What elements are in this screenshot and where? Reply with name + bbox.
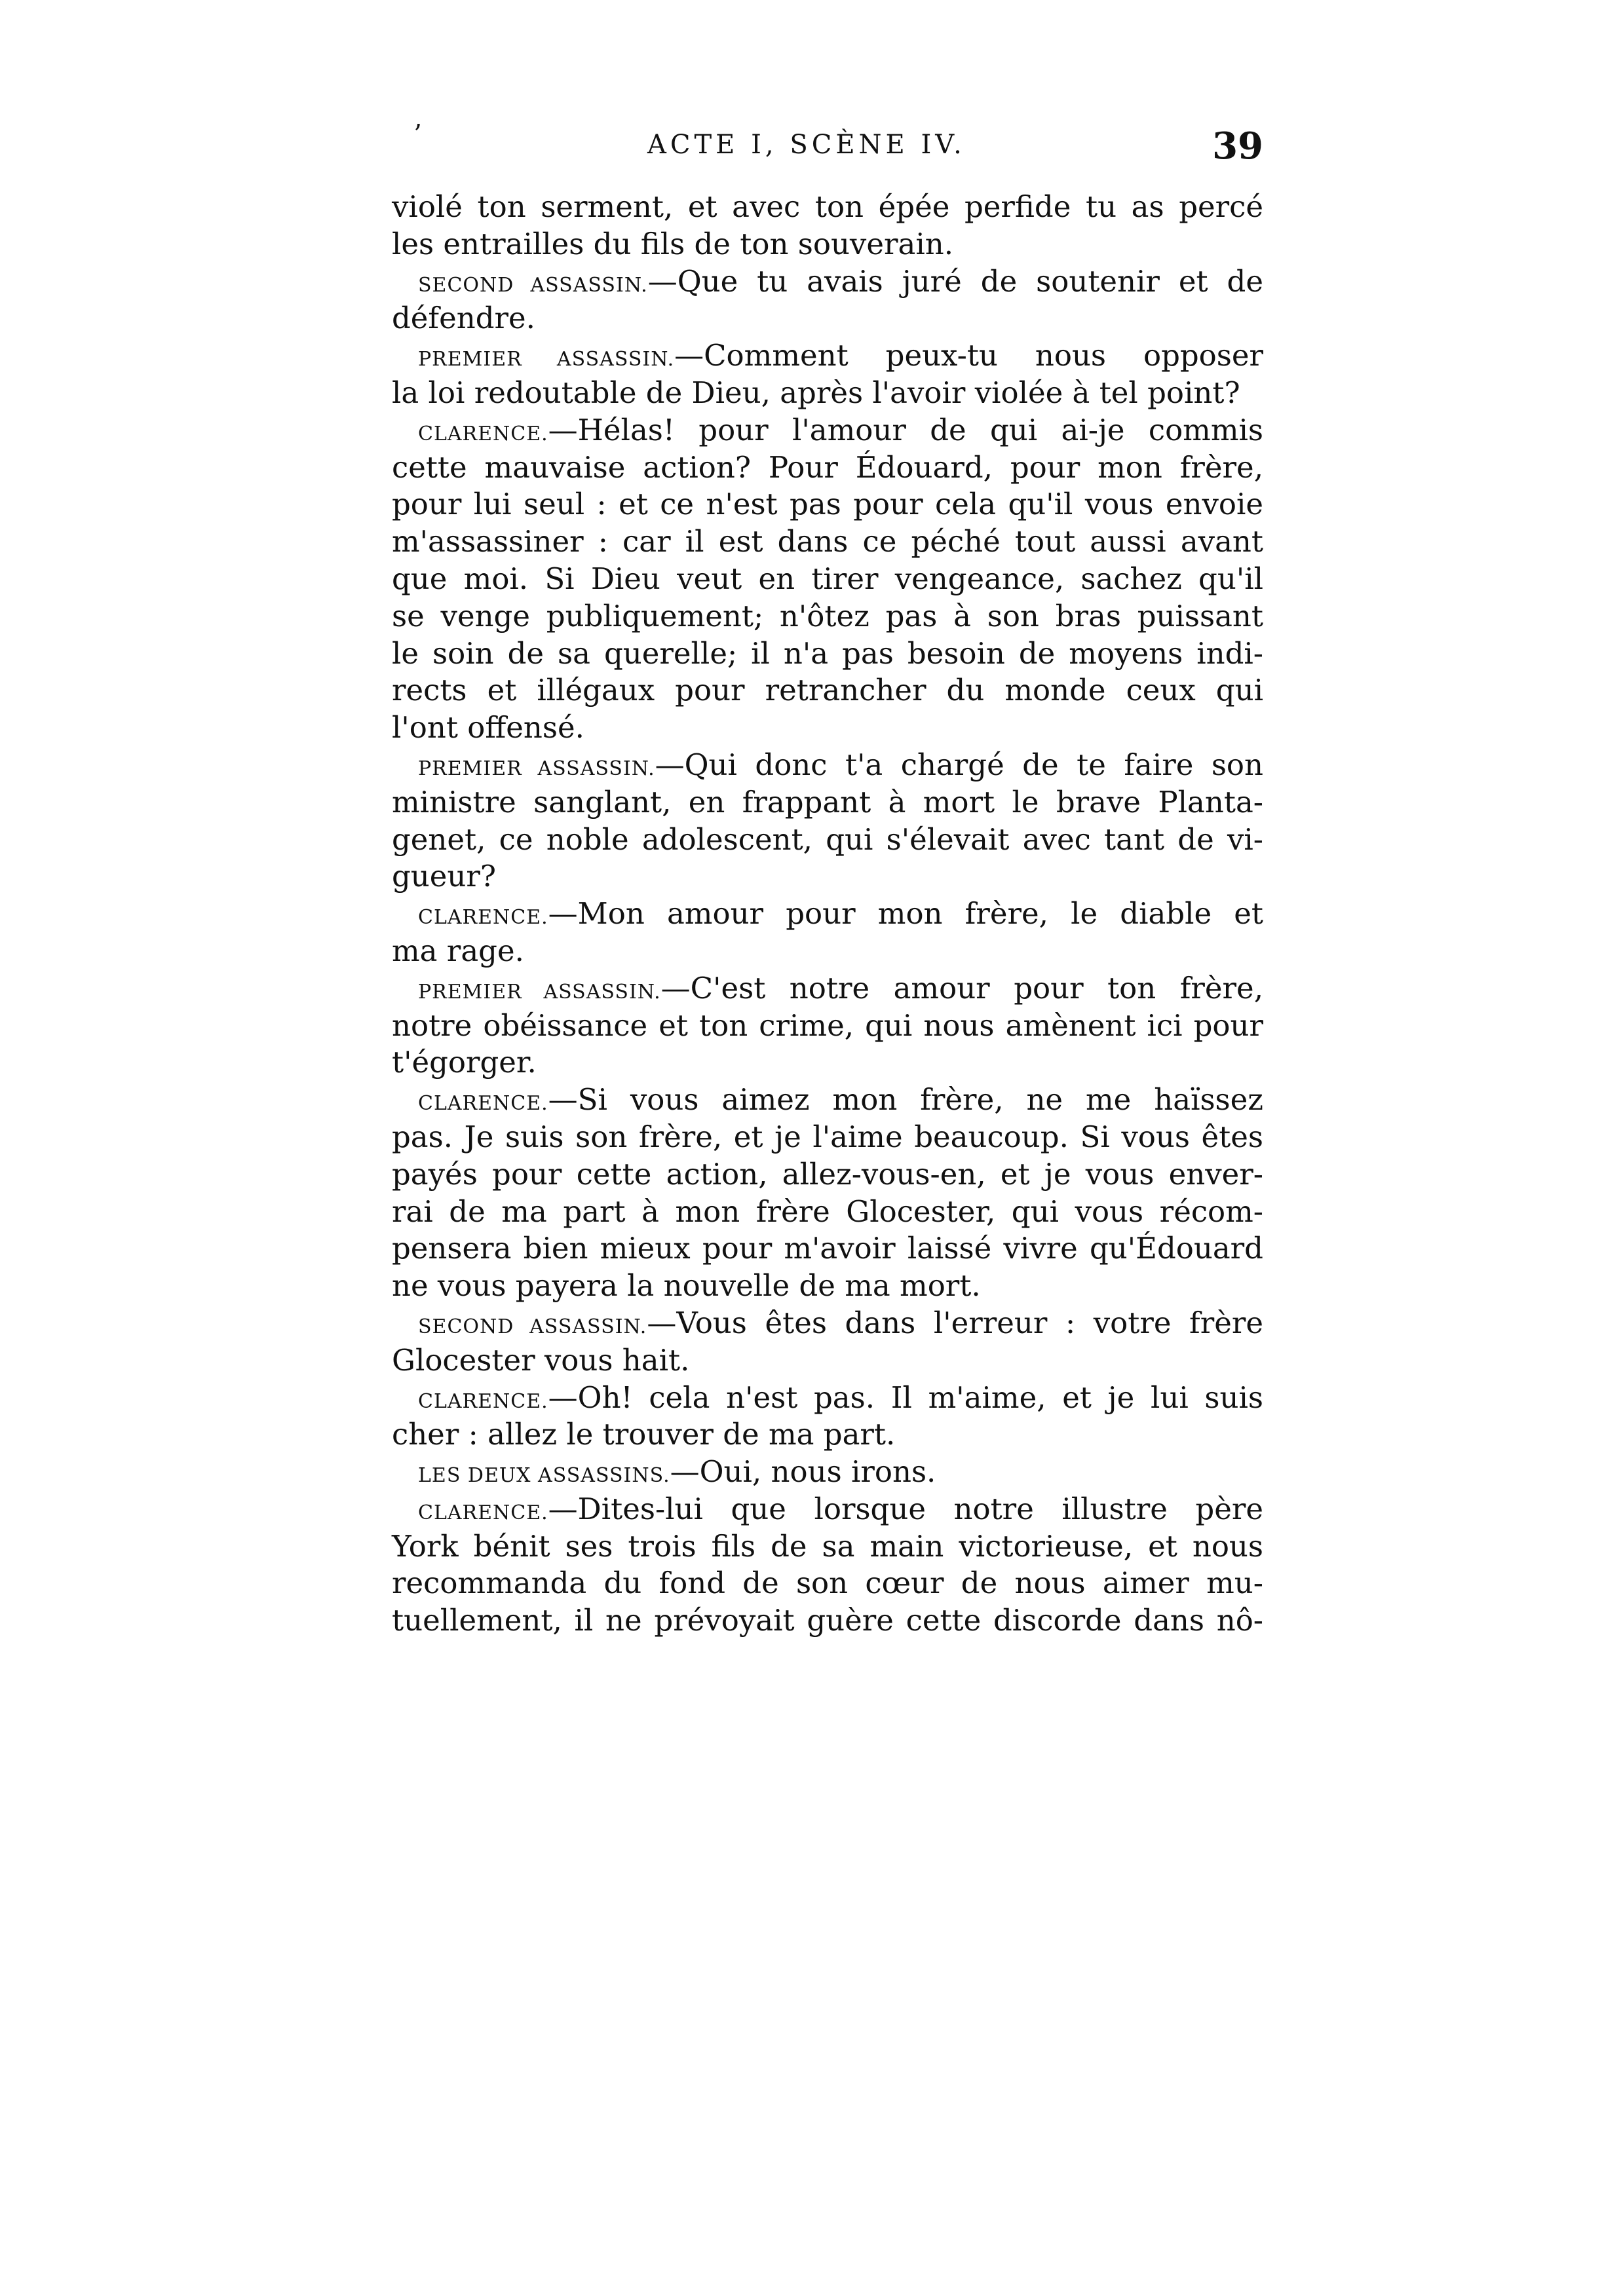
text-line: gueur? [392, 858, 1263, 895]
speaker-name: SECOND ASSASSIN. [418, 274, 648, 297]
speech-text: —Vous êtes dans l'erreur : votre frère [647, 1306, 1263, 1340]
text-line: que moi. Si Dieu veut en tirer vengeance… [392, 561, 1263, 598]
speaker-name: CLARENCE. [418, 423, 548, 445]
text-line: les entrailles du fils de ton souverain. [392, 226, 1263, 263]
speech: PREMIER ASSASSIN.—Qui donc t'a chargé de… [392, 747, 1263, 895]
text-line: m'assassiner : car il est dans ce péché … [392, 523, 1263, 561]
text-line: rai de ma part à mon frère Glocester, qu… [392, 1194, 1263, 1231]
speech-text: —Oh! cela n'est pas. Il m'aime, et je lu… [548, 1380, 1263, 1415]
text-line: ministre sanglant, en frappant à mort le… [392, 784, 1263, 821]
speech-text: —Qui donc t'a chargé de te faire son [655, 747, 1263, 782]
speaker-name: CLARENCE. [418, 1501, 548, 1524]
speech-text: —Comment peux-tu nous opposer [674, 338, 1263, 373]
page-number: 39 [1212, 124, 1263, 168]
text-line: Glocester vous hait. [392, 1342, 1263, 1380]
text-line: SECOND ASSASSIN.—Que tu avais juré de so… [392, 263, 1263, 301]
text-line: SECOND ASSASSIN.—Vous êtes dans l'erreur… [392, 1305, 1263, 1342]
speech-text: —Dites-lui que lorsque notre illustre pè… [548, 1492, 1263, 1526]
speech: CLARENCE.—Dites-lui que lorsque notre il… [392, 1491, 1263, 1640]
speech: SECOND ASSASSIN.—Vous êtes dans l'erreur… [392, 1305, 1263, 1380]
text-line: ma rage. [392, 933, 1263, 970]
speech-text: —Que tu avais juré de soutenir et de [648, 264, 1263, 299]
text-line: CLARENCE.—Hélas! pour l'amour de qui ai-… [392, 412, 1263, 449]
text-line: PREMIER ASSASSIN.—Comment peux-tu nous o… [392, 337, 1263, 375]
text-line: la loi redoutable de Dieu, après l'avoir… [392, 375, 1263, 412]
text-line: tuellement, il ne prévoyait guère cette … [392, 1602, 1263, 1640]
text-line: notre obéissance et ton crime, qui nous … [392, 1007, 1263, 1045]
text-line: CLARENCE.—Si vous aimez mon frère, ne me… [392, 1082, 1263, 1119]
running-head-title: ACTE I, SCÈNE IV. [647, 130, 966, 160]
speech: SECOND ASSASSIN.—Que tu avais juré de so… [392, 263, 1263, 338]
text-line: CLARENCE.—Dites-lui que lorsque notre il… [392, 1491, 1263, 1528]
speaker-name: PREMIER ASSASSIN. [418, 981, 661, 1004]
speaker-name: CLARENCE. [418, 1390, 548, 1413]
speaker-name: LES DEUX ASSASSINS. [418, 1464, 670, 1487]
text-line: cette mauvaise action? Pour Édouard, pou… [392, 449, 1263, 487]
text-line: payés pour cette action, allez-vous-en, … [392, 1156, 1263, 1194]
speech: LES DEUX ASSASSINS.—Oui, nous irons. [392, 1454, 1263, 1491]
speaker-name: PREMIER ASSASSIN. [418, 348, 674, 371]
speech: CLARENCE.—Hélas! pour l'amour de qui ai-… [392, 412, 1263, 747]
text-line: se venge publiquement; n'ôtez pas à son … [392, 598, 1263, 635]
text-line: York bénit ses trois fils de sa main vic… [392, 1528, 1263, 1566]
text-line: PREMIER ASSASSIN.—Qui donc t'a chargé de… [392, 747, 1263, 784]
text-line: l'ont offensé. [392, 709, 1263, 747]
text-line: défendre. [392, 300, 1263, 337]
book-page: ACTE I, SCÈNE IV. 39 violé ton serment, … [392, 124, 1263, 1640]
body-text: violé ton serment, et avec ton épée perf… [392, 189, 1263, 1640]
speaker-name: CLARENCE. [418, 906, 548, 929]
text-line: pour lui seul : et ce n'est pas pour cel… [392, 486, 1263, 523]
running-head: ACTE I, SCÈNE IV. 39 [392, 124, 1263, 177]
text-line: CLARENCE.—Mon amour pour mon frère, le d… [392, 895, 1263, 933]
text-line: pensera bien mieux pour m'avoir laissé v… [392, 1230, 1263, 1268]
speaker-name: CLARENCE. [418, 1092, 548, 1115]
speech: PREMIER ASSASSIN.—C'est notre amour pour… [392, 970, 1263, 1082]
speaker-name: PREMIER ASSASSIN. [418, 757, 655, 780]
speech-text: —Oui, nous irons. [670, 1454, 936, 1489]
text-line: genet, ce noble adolescent, qui s'élevai… [392, 821, 1263, 859]
speech: CLARENCE.—Oh! cela n'est pas. Il m'aime,… [392, 1380, 1263, 1454]
text-line: le soin de sa querelle; il n'a pas besoi… [392, 635, 1263, 673]
text-line: recommanda du fond de son cœur de nous a… [392, 1565, 1263, 1602]
speech: CLARENCE.—Si vous aimez mon frère, ne me… [392, 1082, 1263, 1305]
paragraph: violé ton serment, et avec ton épée perf… [392, 189, 1263, 263]
speech: PREMIER ASSASSIN.—Comment peux-tu nous o… [392, 337, 1263, 412]
speech-text: —C'est notre amour pour ton frère, [661, 971, 1263, 1006]
speech-text: —Si vous aimez mon frère, ne me haïssez [548, 1082, 1263, 1117]
speech-text: —Mon amour pour mon frère, le diable et [548, 896, 1263, 931]
speech: CLARENCE.—Mon amour pour mon frère, le d… [392, 895, 1263, 970]
text-line: CLARENCE.—Oh! cela n'est pas. Il m'aime,… [392, 1380, 1263, 1417]
text-line: LES DEUX ASSASSINS.—Oui, nous irons. [392, 1454, 1263, 1491]
text-line: violé ton serment, et avec ton épée perf… [392, 189, 1263, 226]
text-line: ne vous payera la nouvelle de ma mort. [392, 1268, 1263, 1305]
speaker-name: SECOND ASSASSIN. [418, 1315, 647, 1338]
text-line: cher : allez le trouver de ma part. [392, 1416, 1263, 1454]
speech-text: —Hélas! pour l'amour de qui ai-je commis [548, 413, 1263, 447]
text-line: rects et illégaux pour retrancher du mon… [392, 672, 1263, 709]
text-line: pas. Je suis son frère, et je l'aime bea… [392, 1119, 1263, 1156]
text-line: t'égorger. [392, 1044, 1263, 1082]
text-line: PREMIER ASSASSIN.—C'est notre amour pour… [392, 970, 1263, 1007]
